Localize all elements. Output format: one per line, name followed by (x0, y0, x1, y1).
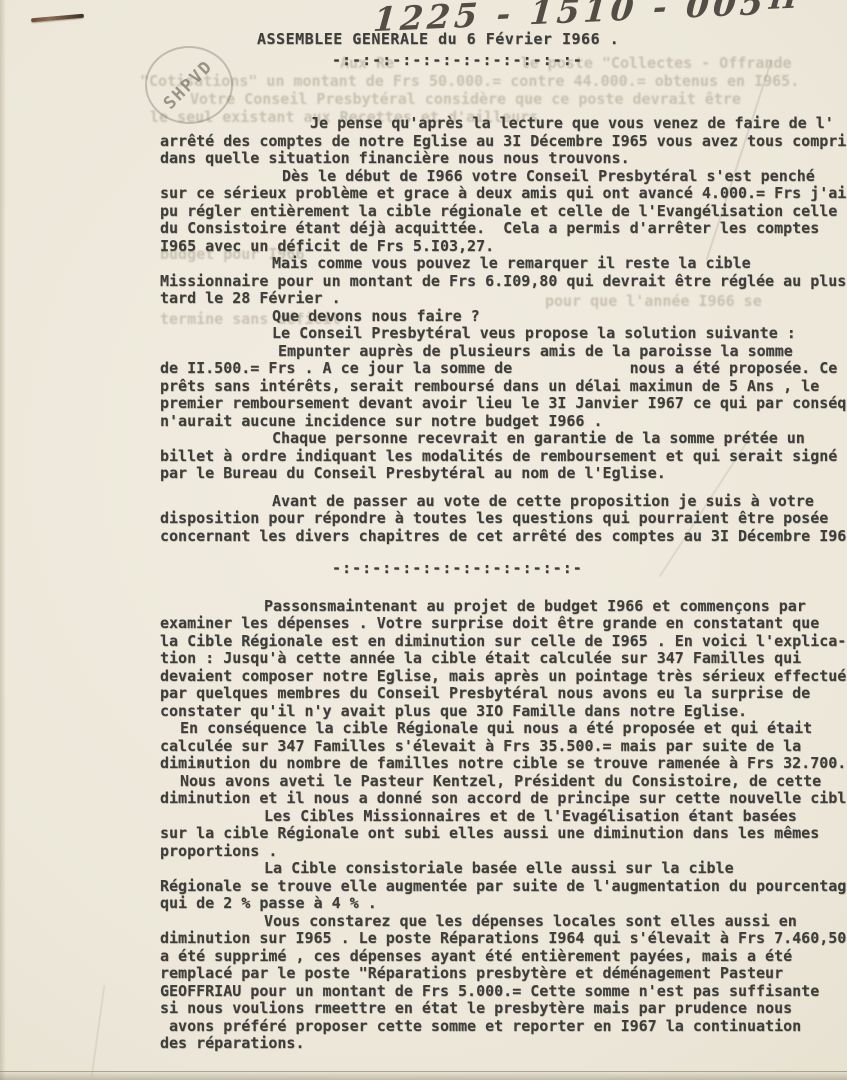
paragraph: Le Conseil Presbytéral veus propose la s… (160, 325, 847, 343)
document-body: Je pense qu'après la lecture que vous ve… (160, 115, 847, 1053)
paragraph: Vous constarez que les dépenses locales … (160, 913, 847, 1053)
paragraph: En conséquence la cible Régionale qui no… (160, 720, 847, 773)
title-divider: -:-:-:-:-:-:-:-:-:-:-:-:- (332, 52, 583, 70)
bleedthrough-line: Votre Conseil Presbytéral considère que … (190, 91, 741, 109)
paragraph: Chaque personne recevrait en garantie de… (160, 430, 847, 483)
paragraph: Je pense qu'après la lecture que vous ve… (160, 115, 847, 168)
staple (31, 14, 84, 23)
paragraph: Mais comme vous pouvez le remarquer il r… (160, 255, 847, 308)
archive-stamp-text: SHPVD (160, 56, 217, 113)
scanned-document-page: Aux Re le poste "Collectes - Offrande "C… (0, 0, 847, 1080)
paragraph: Avant de passer au vote de cette proposi… (160, 493, 847, 546)
paragraph: Dès le début de I966 votre Conseil Presb… (160, 168, 847, 256)
bleedthrough-line: "Cotisations" un montant de Frs 50.000.=… (140, 73, 799, 91)
paragraph: Que devons nous faire ? (160, 308, 847, 326)
paragraph: Les Cibles Missionnaires et de l'Evagéli… (160, 808, 847, 861)
paper-edge-left (0, 0, 6, 1080)
paragraph: La Cible consistoriale basée elle aussi … (160, 860, 847, 913)
paragraph: Empunter auprès de plusieurs amis de la … (160, 343, 847, 431)
document-title: ASSEMBLEE GENERALE du 6 Février I966 . (257, 31, 619, 49)
archive-stamp: SHPVD (145, 46, 233, 124)
paragraph: Nous avons aveti le Pasteur Kentzel, Pré… (160, 773, 847, 808)
crease-line (91, 985, 105, 1076)
handwritten-number-suffix: H (768, 0, 803, 17)
paragraph: Passonsmaintenant au projet de budget I9… (160, 598, 847, 721)
section-divider: -:-:-:-:-:-:-:-:-:-:-:-:- (332, 560, 847, 578)
paper-edge-bottom (0, 1071, 847, 1080)
